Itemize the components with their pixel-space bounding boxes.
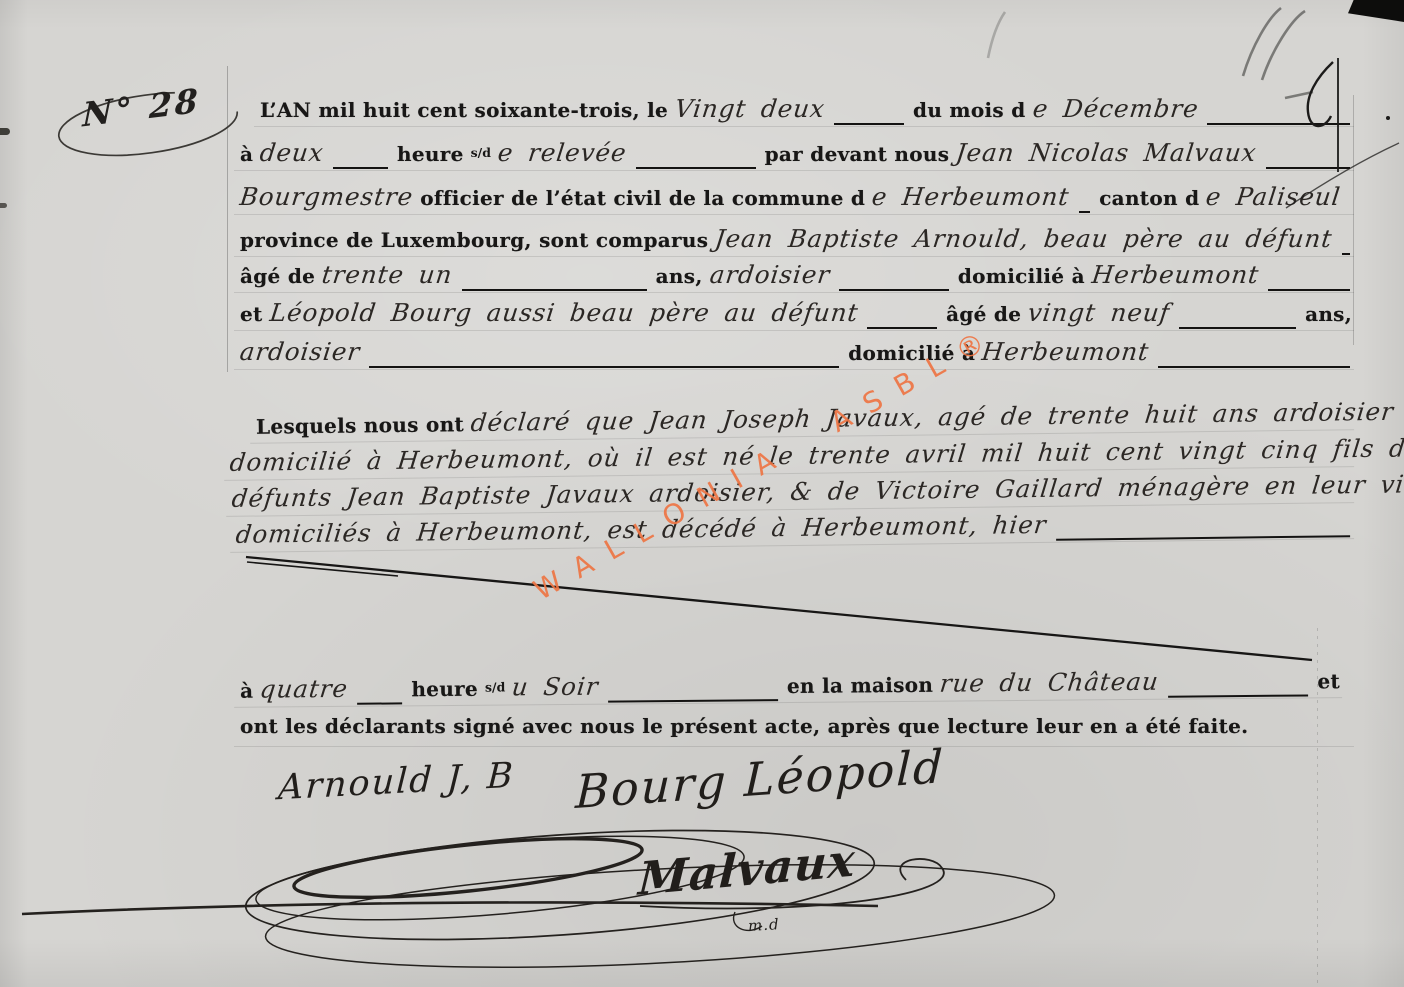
- printed-text: en la maison: [787, 673, 933, 698]
- handwritten-text: Vingt deux: [673, 94, 827, 123]
- handwritten-text: Jean Baptiste Arnould, beau père au défu…: [714, 224, 1335, 253]
- handwritten-text: u Soir: [511, 672, 601, 702]
- blank-rule: [369, 362, 839, 368]
- scan-edge-mark: [0, 203, 7, 208]
- blank-rule: [333, 163, 388, 169]
- handwritten-text: Léopold Bourg aussi beau père au défunt: [268, 298, 860, 327]
- act-line: etLéopold Bourg aussi beau père au défun…: [240, 298, 1352, 334]
- act-line: ont les déclarants signé avec nous le pr…: [240, 714, 1352, 750]
- signature-arnould: Arnould J, B: [277, 756, 516, 809]
- handwritten-text: e relevée: [496, 138, 628, 167]
- printed-text: ans,: [656, 264, 703, 288]
- blank-rule: [357, 698, 402, 704]
- handwritten-text: e Paliseul: [1205, 182, 1343, 211]
- printed-text: du mois d: [913, 98, 1026, 122]
- printed-text: heure: [411, 677, 478, 702]
- printed-text: âgé de: [240, 264, 315, 288]
- printed-text: canton d: [1099, 186, 1199, 210]
- printed-text: ont les déclarants signé avec nous le pr…: [240, 714, 1248, 738]
- handwritten-text: Herbeumont: [1090, 260, 1261, 289]
- printed-text: ans,: [1305, 302, 1352, 326]
- printed-text: à: [240, 142, 253, 166]
- blank-rule: [867, 323, 937, 329]
- act-line: province de Luxembourg, sont comparusJea…: [240, 224, 1352, 260]
- scanned-civil-record-page: N° 28 L’AN mil huit cent soixante-trois,…: [0, 0, 1404, 987]
- act-line: àquatreheures/du Soiren la maisonrue du …: [240, 665, 1340, 711]
- printed-text: et: [240, 302, 263, 326]
- right-margin-rule: [1353, 95, 1354, 345]
- printed-text: province de Luxembourg, sont comparus: [240, 228, 708, 252]
- blank-rule: [1056, 531, 1350, 541]
- act-line: L’AN mil huit cent soixante-trois, leVin…: [260, 94, 1352, 130]
- act-number-group: N° 28: [50, 78, 250, 170]
- printed-text: et: [1317, 669, 1340, 693]
- blank-rule: [1342, 249, 1350, 255]
- scan-corner-artifact: [1348, 0, 1404, 22]
- act-line: âgé detrente unans,ardoisierdomicilié àH…: [240, 260, 1352, 296]
- handwritten-text: trente un: [320, 260, 454, 289]
- printed-text: heure: [397, 142, 464, 166]
- blank-rule: [834, 119, 904, 125]
- strike-through-line: [246, 557, 1312, 660]
- officer-signature-flourish: [22, 813, 1057, 983]
- act-line: Bourgmestreofficier de l’état civil de l…: [240, 182, 1352, 218]
- printed-text: L’AN mil huit cent soixante-trois, le: [260, 98, 668, 122]
- printed-text: s/d: [485, 679, 505, 694]
- printed-text: par devant nous: [765, 142, 950, 166]
- blank-rule: [839, 285, 949, 291]
- handwritten-text: ardoisier: [238, 337, 362, 366]
- handwritten-text: déclaré que Jean Joseph Javaux, agé de t…: [469, 397, 1395, 437]
- signature-malvaux: Malvaux: [637, 833, 857, 905]
- blank-rule: [462, 285, 647, 291]
- blank-rule: [608, 695, 778, 702]
- blank-rule: [1268, 285, 1350, 291]
- act-line: àdeuxheures/de relevéepar devant nousJea…: [240, 138, 1352, 174]
- handwritten-text: rue du Château: [939, 667, 1161, 698]
- signature-note: m.d: [748, 915, 780, 935]
- handwritten-text: ardoisier: [708, 260, 832, 289]
- blank-rule: [1266, 163, 1350, 169]
- blank-rule: [1079, 207, 1091, 213]
- handwritten-text: deux: [258, 138, 325, 167]
- printed-text: officier de l’état civil de la commune d: [420, 186, 865, 210]
- printed-text: s/d: [471, 145, 491, 160]
- handwritten-text: e Décembre: [1031, 94, 1200, 123]
- scan-edge-mark: [0, 128, 10, 135]
- blank-rule: [1179, 323, 1296, 329]
- handwritten-text: e Herbeumont: [870, 182, 1071, 211]
- handwritten-text: Bourgmestre: [238, 182, 415, 211]
- signature-bourg: Bourg Léopold: [575, 739, 946, 819]
- pencil-annotation: [988, 8, 1313, 98]
- printed-text: à: [240, 679, 253, 703]
- printed-text: Lesquels nous ont: [256, 412, 464, 439]
- blank-rule: [1168, 690, 1308, 697]
- blank-rule: [1158, 362, 1350, 368]
- handwritten-text: Jean Nicolas Malvaux: [955, 138, 1259, 167]
- blank-rule: [1207, 119, 1350, 125]
- blank-rule: [636, 163, 756, 169]
- act-line: ardoisierdomicilié àHerbeumont: [240, 337, 1352, 373]
- handwritten-text: quatre: [259, 674, 350, 704]
